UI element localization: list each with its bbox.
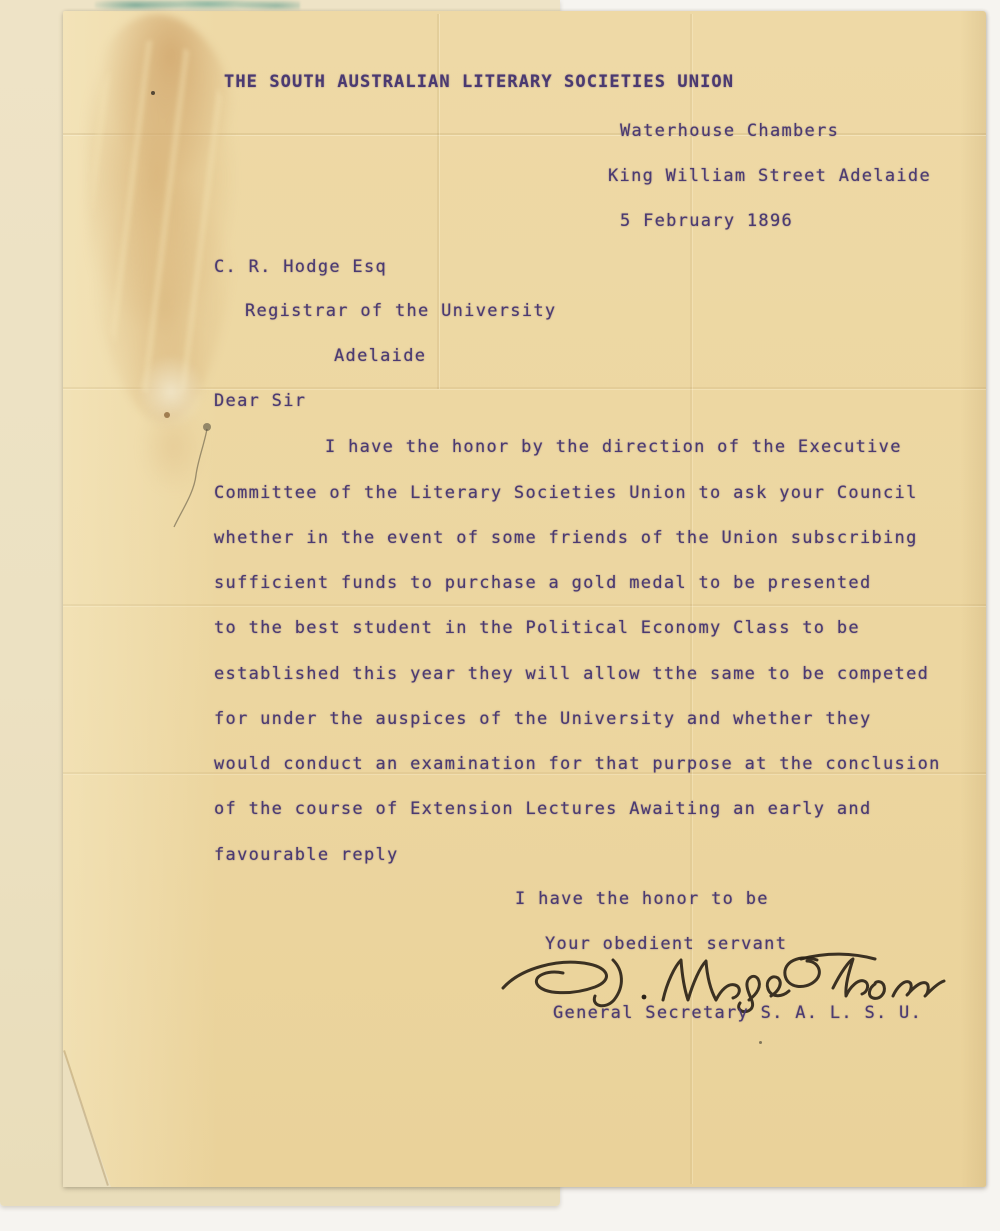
body-line-7: for under the auspices of the University… [214,709,872,729]
recipient-title: Registrar of the University [245,301,556,321]
salutation: Dear Sir [214,391,306,411]
address-line-2: King William Street Adelaide [608,166,931,186]
body-line-9: of the course of Extension Lectures Awai… [214,799,872,819]
teal-ink-smudge [95,0,300,10]
body-line-5: to the best student in the Political Eco… [214,618,860,638]
closing-line-1: I have the honor to be [515,889,769,909]
paper-speck-1 [151,91,155,95]
signature-title: General Secretary S. A. L. S. U. [553,1003,922,1023]
body-line-3: whether in the event of some friends of … [214,528,918,548]
body-line-8: would conduct an examination for that pu… [214,754,941,774]
address-line-1: Waterhouse Chambers [620,121,839,141]
body-line-2: Committee of the Literary Societies Unio… [214,483,918,503]
fold-crease-vertical-1 [437,14,439,389]
letter-date: 5 February 1896 [620,211,793,231]
recipient-name: C. R. Hodge Esq [214,257,387,277]
body-line-6: established this year they will allow tt… [214,664,929,684]
recipient-city: Adelaide [334,346,426,366]
scanned-letter-page: THE SOUTH AUSTRALIAN LITERARY SOCIETIES … [0,0,1000,1231]
body-line-10: favourable reply [214,845,399,865]
paper-speck-3 [759,1041,762,1044]
body-line-1: I have the honor by the direction of the… [325,437,902,457]
hairline-crack [160,415,220,535]
fold-crease-horizontal-3 [63,604,986,606]
letterhead-organization: THE SOUTH AUSTRALIAN LITERARY SOCIETIES … [224,72,734,92]
body-line-4: sufficient funds to purchase a gold meda… [214,573,872,593]
